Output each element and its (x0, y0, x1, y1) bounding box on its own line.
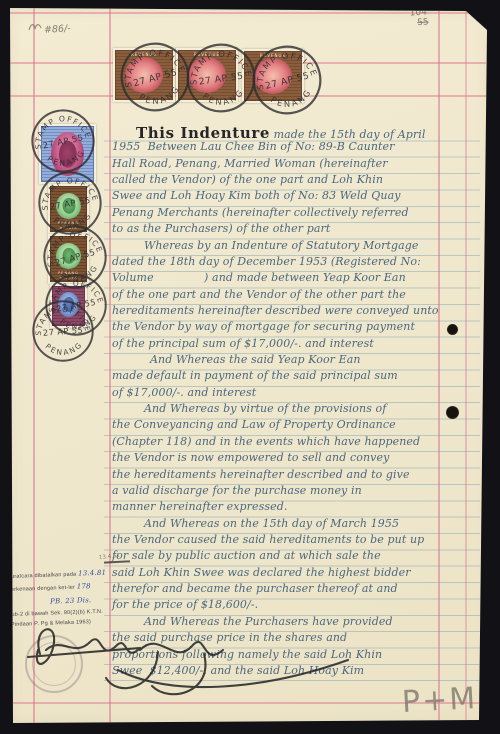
svg-text:27 AP 55: 27 AP 55 (264, 70, 310, 92)
manuscript-line: therefor and became the purchaser thereo… (106, 582, 398, 599)
manuscript-line: Whereas by an Indenture of Statutory Mor… (106, 239, 419, 256)
manuscript-line: the Conveyancing and Law of Property Ord… (106, 418, 396, 435)
manuscript-line: manner hereinafter expressed. (106, 500, 287, 517)
manuscript-line: of the one part and the Vendor of the ot… (106, 288, 406, 305)
manuscript-line: (Chapter 118) and in the events which ha… (106, 435, 420, 452)
manuscript-line: And Whereas the said Yeap Koor Ean (106, 353, 361, 370)
manuscript-line: said Loh Khin Swee was declared the high… (106, 566, 411, 583)
manuscript-line: the Vendor caused the said hereditaments… (106, 533, 424, 550)
postmark-stamp-office: STAMP OFFICEPENANG27 AP 55 (242, 35, 332, 125)
manuscript-line: And Whereas by virtue of the provisions … (106, 402, 386, 419)
punch-hole (447, 324, 458, 335)
manuscript-line: called the Vendor) of the one part and L… (106, 173, 383, 190)
manuscript-line: for sale by public auction and at which … (106, 549, 381, 566)
svg-text:27 AP 55: 27 AP 55 (42, 133, 85, 151)
manuscript-line: of $17,000/-. and interest (106, 386, 256, 403)
cancel-line1-value: 13.4.81 (78, 569, 106, 578)
manuscript-line-text: made the 15th day of April (270, 128, 426, 141)
svg-text:27 AP 55: 27 AP 55 (43, 325, 84, 338)
manuscript-line: Penang Merchants (hereinafter collective… (106, 206, 409, 223)
manuscript-line: the Vendor by way of mortgage for securi… (106, 320, 415, 337)
pencil-note-bottom-right: P+M (401, 681, 478, 720)
svg-text:27 AP 55: 27 AP 55 (54, 248, 97, 269)
pencil-note-top-left: #86/- (44, 23, 71, 36)
manuscript-line: made default in payment of the said prin… (106, 369, 398, 386)
manuscript-line: to as the Purchasers) of the other part (106, 222, 330, 239)
manuscript-line: 1955 Between Lau Chee Bin of No: 89-B Ca… (106, 140, 395, 157)
indenture-heading: This Indenture (136, 124, 270, 142)
svg-text:27 AP 55: 27 AP 55 (132, 67, 178, 89)
cancel-line2-value: 178 (77, 582, 91, 590)
manuscript-line: of the principal sum of $17,000/-. and i… (106, 337, 374, 354)
punch-hole (446, 406, 459, 419)
manuscript-line: a valid discharge for the purchase money… (106, 484, 362, 501)
cancel-line1-label: Suratcara dibatalkan pada (7, 572, 76, 580)
svg-text:27 AP 55: 27 AP 55 (49, 196, 91, 213)
pencil-squiggle (27, 21, 43, 33)
cancel-line3-value: PB. 23 Dis. (50, 596, 92, 605)
manuscript-line: the Vendor is now empowered to sell and … (106, 451, 389, 468)
cancel-line2-label: berkenaan dengan ket-ler (8, 585, 76, 593)
manuscript-line: Volume ) and made between Yeap Koor Ean (106, 271, 406, 288)
document-page: REVENUE REVENUE REVENUE PENANG MALAYA PE… (0, 0, 500, 734)
manuscript-line: the hereditaments hereinafter described … (106, 468, 410, 485)
manuscript-line: This Indenture made the 15th day of Apri… (106, 124, 426, 141)
pencil-note-top-right: 104 55 (409, 9, 428, 30)
manuscript-line: dated the 18th day of December 1953 (Reg… (106, 255, 421, 272)
pencil-denominator: 55 (417, 18, 429, 28)
manuscript-line: Hall Road, Penang, Married Woman (herein… (106, 157, 388, 174)
manuscript-line: Swee and Loh Hoay Kim both of No: 83 Wel… (106, 189, 401, 206)
manuscript-line: And Whereas on the 15th day of March 195… (106, 517, 399, 534)
ink-signature (18, 608, 358, 708)
scanned-document: REVENUE REVENUE REVENUE PENANG MALAYA PE… (0, 0, 500, 734)
svg-text:27 AP 55: 27 AP 55 (198, 71, 244, 88)
manuscript-line: hereditaments hereinafter described were… (106, 304, 439, 321)
postmark-stamp-office: STAMP OFFICEPENANG27 AP 55 (28, 296, 98, 366)
svg-text:PENANG: PENANG (200, 85, 248, 110)
